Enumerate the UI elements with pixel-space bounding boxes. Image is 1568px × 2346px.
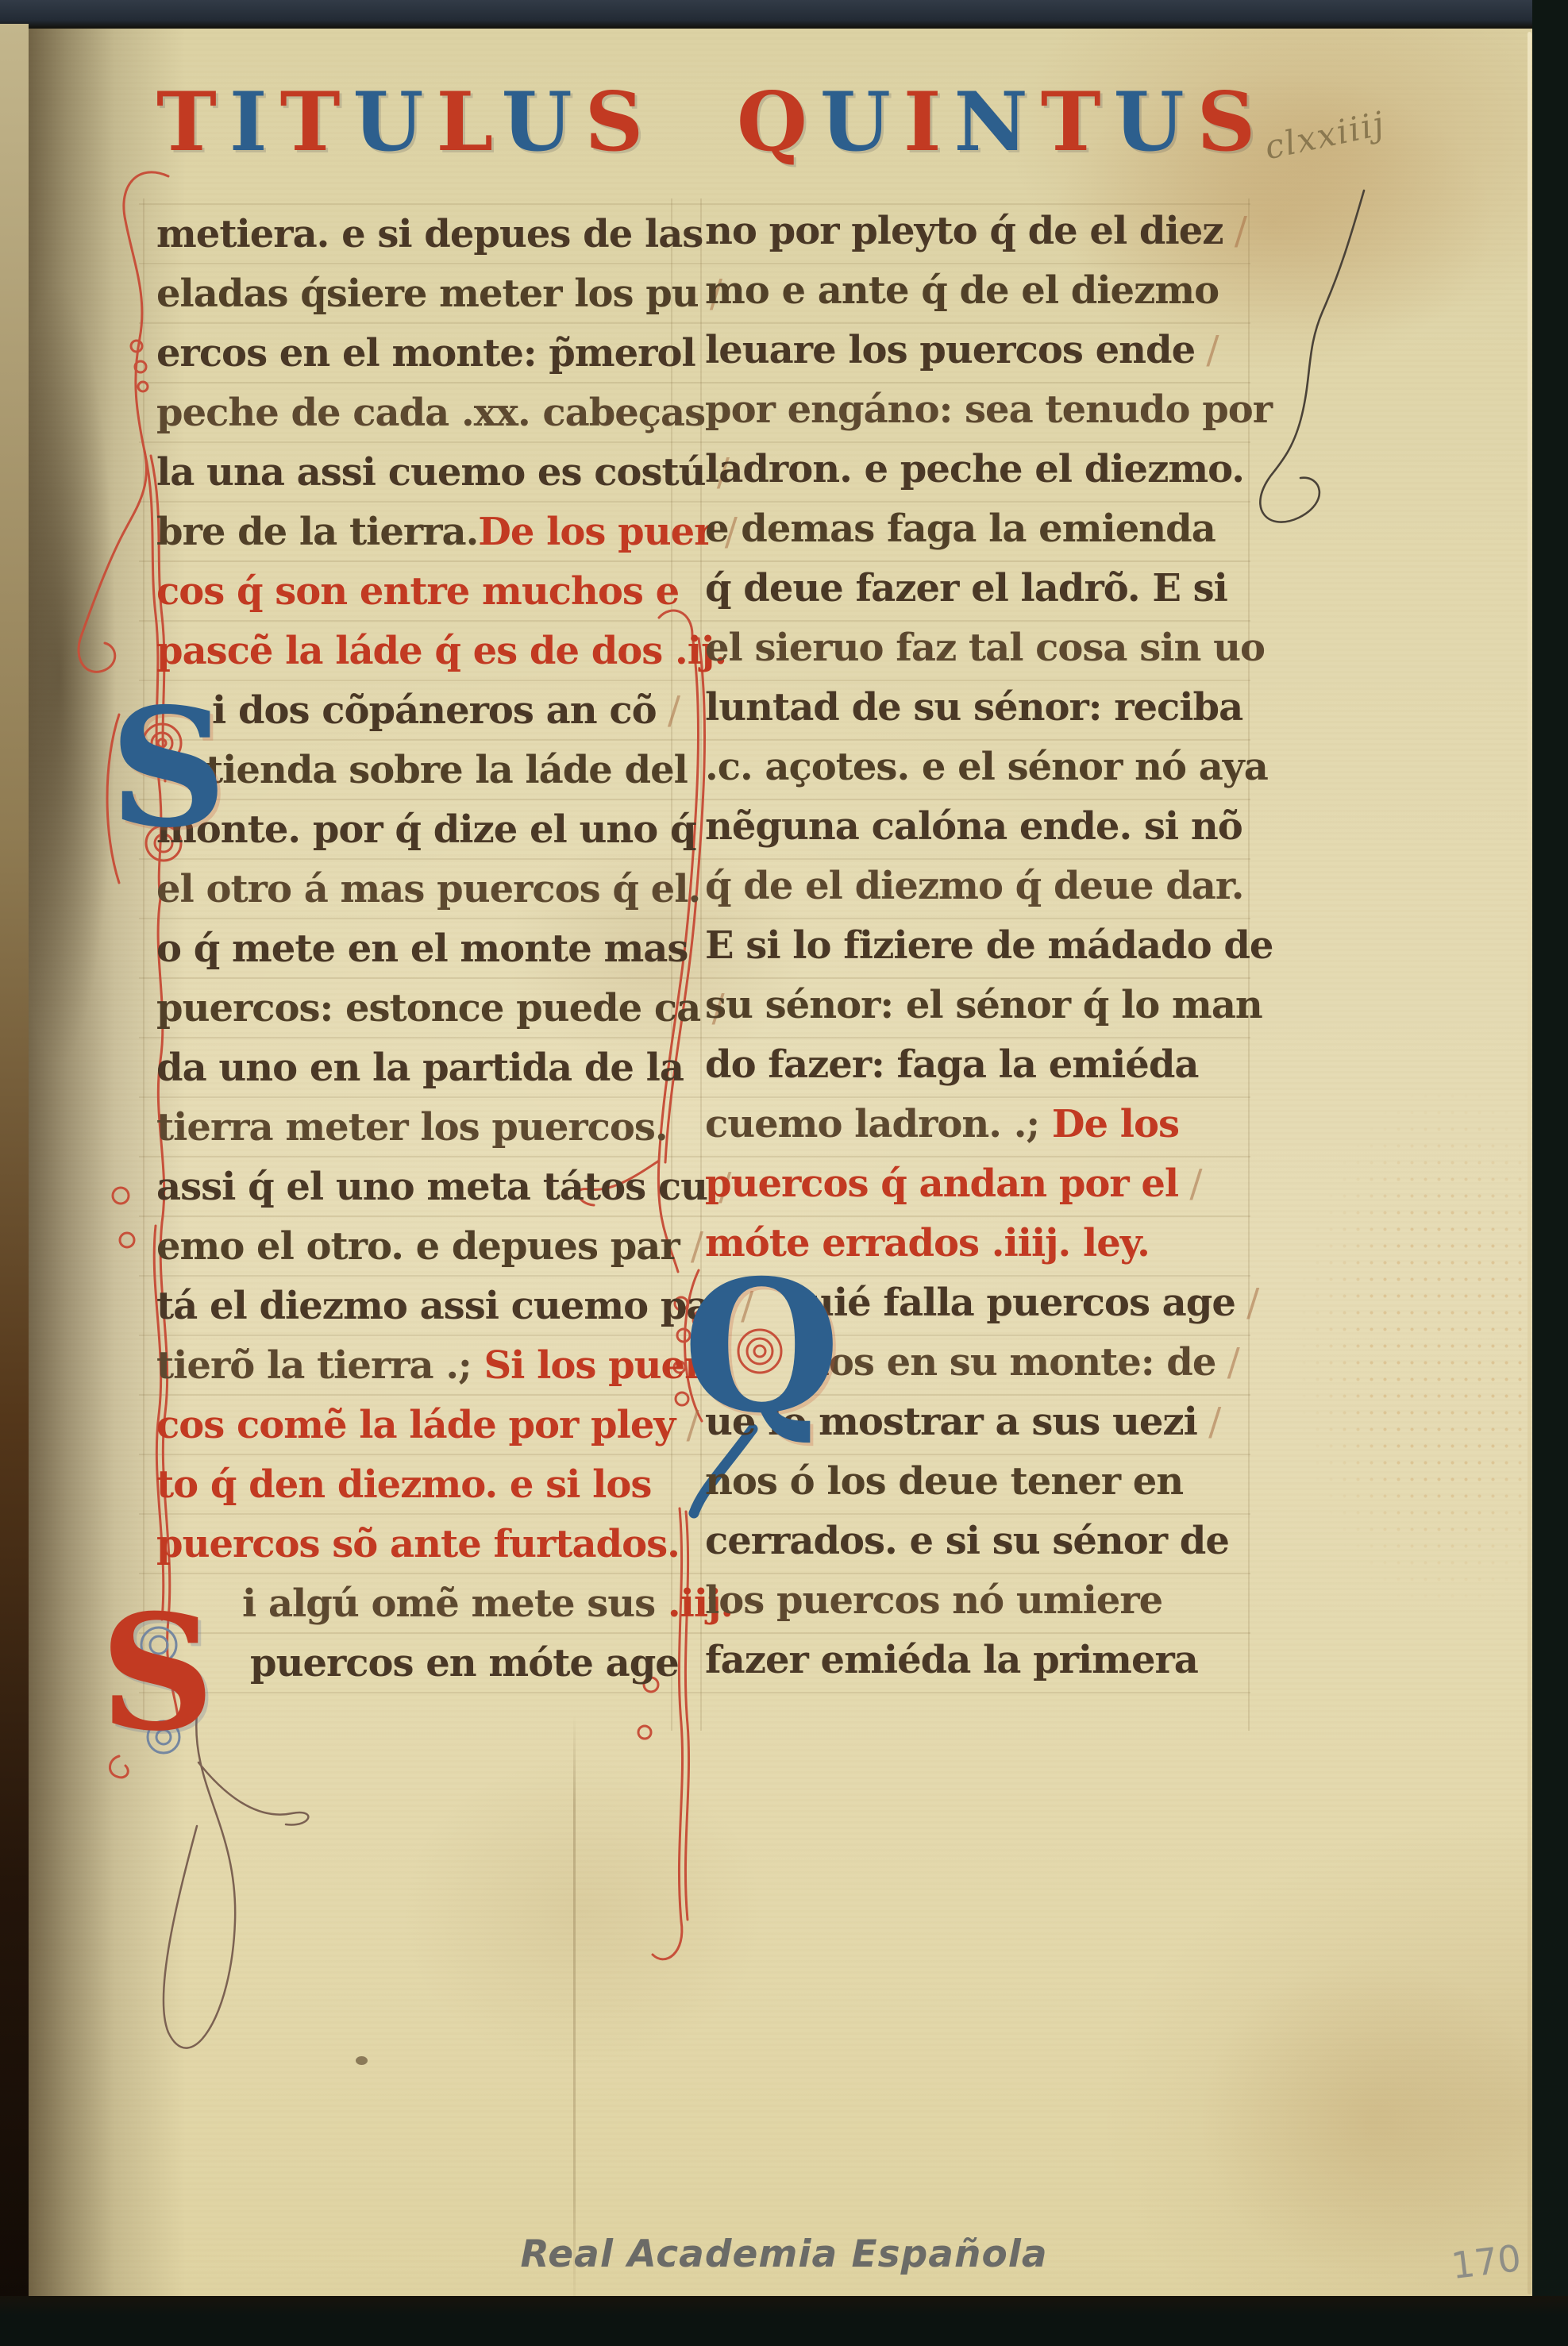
text-segment: luntad de su sénor: reciba [705, 685, 1242, 730]
text-line: to q́ den diezmo. e si los [156, 1455, 680, 1515]
text-segment: cos comẽ la láde por pley [156, 1403, 675, 1447]
text-segment: i algú omẽ mete sus [242, 1581, 668, 1626]
text-segment: cerrados. e si su sénor de [705, 1519, 1229, 1563]
text-segment: ∕ [1215, 1340, 1239, 1385]
parchment-crease [573, 1715, 576, 2318]
text-line: i algú omẽ mete sus .iij. [156, 1574, 680, 1634]
background-bottom [0, 2296, 1568, 2346]
heading-letter: T [1041, 75, 1114, 170]
text-line: tierõ la tierra .; Si los puer [156, 1336, 680, 1396]
text-segment: ∕ [1223, 209, 1246, 253]
text-segment: ∕ [1195, 328, 1218, 372]
text-line: monte. por q́ dize el uno q́ [156, 800, 680, 860]
text-line: peche de cada .xx. cabeças [156, 383, 680, 443]
text-segment: peche de cada .xx. cabeças [156, 391, 705, 435]
text-line: i dos cõpáneros an cõ ∕ [156, 681, 680, 741]
text-segment: to q́ den diezmo. e si los [156, 1462, 651, 1507]
text-line: mo e ante q́ de el diezmo [705, 261, 1253, 321]
heading-letter: S [585, 75, 657, 170]
text-segment: uié falla puercos age [807, 1281, 1235, 1325]
illuminated-initial-s-blue: S [110, 688, 227, 850]
text-segment: su sénor: el sénor q́ lo man [705, 983, 1262, 1027]
manuscript-scan: TITULUS QUINTUS clxxiiij metiera. e si d… [0, 0, 1568, 2346]
text-segment: ercos en el monte: p̃merol [156, 331, 695, 376]
heading-letter: U [502, 75, 585, 170]
text-line: leuare los puercos ende ∕ [705, 321, 1253, 380]
stain [1202, 1961, 1543, 2279]
running-title-quintus: QUINTUS [737, 75, 1268, 186]
text-segment: De los puer [478, 510, 713, 554]
text-segment: .c. açotes. e el sénor nó aya [705, 745, 1268, 789]
text-segment: emo el otro. e depues par [156, 1224, 680, 1269]
heading-letter: U [820, 75, 903, 170]
text-segment: por engáno: sea tenudo por [705, 387, 1272, 432]
text-segment: nẽguna calóna ende. si nõ [705, 804, 1242, 849]
text-segment: q́ de el diezmo q́ deue dar. [705, 864, 1243, 908]
heading-letter: L [436, 75, 501, 170]
text-line: emo el otro. e depues par ∕ [156, 1217, 680, 1277]
text-segment: puercos q́ andan por el [705, 1161, 1178, 1206]
text-line: tienda sobre la láde del [156, 741, 680, 800]
text-segment: Si los puer [483, 1343, 703, 1388]
text-segment: el otro á mas puercos q́ el. [156, 867, 700, 911]
text-line: cuemo ladron. .; De los [705, 1095, 1253, 1154]
text-segment: puercos sõ ante furtados. [156, 1522, 680, 1566]
illuminated-initial-q-blue: Q [683, 1256, 841, 1437]
illuminated-initial-s-red: S [100, 1594, 214, 1753]
text-line: bre de la tierra.De los puer ∕ [156, 503, 680, 562]
binding-top-edge [0, 0, 1568, 29]
text-line: nẽguna calóna ende. si nõ [705, 797, 1253, 857]
text-segment: i dos cõpáneros an cõ [212, 688, 657, 733]
text-line: .c. açotes. e el sénor nó aya [705, 738, 1253, 797]
text-line: assi q́ el uno meta tátos cu ∕ [156, 1158, 680, 1217]
text-segment: do fazer: faga la emiéda [705, 1042, 1199, 1087]
text-line: puercos en móte age [156, 1634, 680, 1693]
text-line: E si lo fiziere de mádado de [705, 916, 1253, 976]
background-right [1532, 0, 1568, 2346]
text-line: cos q́ son entre muchos e [156, 562, 680, 622]
text-line: metiera. e si depues de las [156, 205, 680, 264]
text-segment: o q́ mete en el monte mas [156, 926, 688, 971]
previous-page-edge [0, 24, 29, 2346]
text-line: da uno en la partida de la [156, 1038, 680, 1098]
text-segment: e demas faga la emienda [705, 507, 1215, 551]
text-line: q́ deue fazer el ladrõ. E si [705, 559, 1253, 618]
text-segment: cos q́ son entre muchos e [156, 569, 679, 614]
text-line: el otro á mas puercos q́ el. [156, 860, 680, 919]
text-line: tierra meter los puercos. [156, 1098, 680, 1158]
text-segment: da uno en la partida de la [156, 1046, 684, 1090]
text-segment: puercos en móte age [250, 1641, 679, 1685]
text-line: puercos: estonce puede ca ∕ [156, 979, 680, 1038]
text-segment: ∕ [1197, 1400, 1220, 1444]
text-line: eladas q́siere meter los pu ∕ [156, 264, 680, 324]
text-line: por engáno: sea tenudo por [705, 380, 1253, 440]
text-segment: tierõ la tierra .; [156, 1343, 483, 1388]
text-segment: nos en su monte: de [802, 1340, 1215, 1385]
text-segment: no por pleyto q́ de el diez [705, 209, 1223, 253]
text-segment: E si lo fiziere de mádado de [705, 923, 1273, 968]
text-line: los puercos nó umiere [705, 1571, 1253, 1631]
text-line: tá el diezmo assi cuemo par ∕ [156, 1277, 680, 1336]
text-line: cerrados. e si su sénor de [705, 1512, 1253, 1571]
text-segment: fazer emiéda la primera [705, 1638, 1198, 1682]
heading-letter: T [280, 75, 353, 170]
text-segment: bre de la tierra. [156, 510, 478, 554]
text-line: no por pleyto q́ de el diez ∕ [705, 202, 1253, 261]
text-segment: los puercos nó umiere [705, 1578, 1162, 1623]
text-line: la una assi cuemo es costú ∕ [156, 443, 680, 503]
library-watermark: Real Academia Española [0, 2232, 1568, 2276]
text-segment: De los [1052, 1102, 1179, 1146]
ruling-vertical [143, 198, 144, 1731]
text-column-right: no por pleyto q́ de el diez ∕mo e ante q… [705, 202, 1253, 1690]
text-segment: monte. por q́ dize el uno q́ [156, 807, 696, 852]
text-segment: cuemo ladron. .; [705, 1102, 1052, 1146]
heading-letter: S [1197, 75, 1269, 170]
heading-letter: N [954, 75, 1041, 170]
text-segment: nos ó los deue tener en [705, 1459, 1183, 1504]
text-line: fazer emiéda la primera [705, 1631, 1253, 1690]
running-title-titulus: TITULUS [156, 75, 656, 186]
ink-spot [356, 2056, 368, 2065]
text-line: e demas faga la emienda [705, 499, 1253, 559]
heading-letter: T [156, 75, 229, 170]
text-segment: mo e ante q́ de el diezmo [705, 268, 1219, 313]
text-segment: ∕ [1235, 1281, 1258, 1325]
text-segment: assi q́ el uno meta tátos cu [156, 1165, 707, 1209]
text-line: puercos q́ andan por el ∕ [705, 1154, 1253, 1214]
text-segment: puercos: estonce puede ca [156, 986, 700, 1030]
text-segment: tá el diezmo assi cuemo par [156, 1284, 730, 1328]
heading-letter: U [1114, 75, 1197, 170]
text-segment: tierra meter los puercos. [156, 1105, 668, 1150]
heading-letter: I [229, 75, 280, 170]
text-segment: eladas q́siere meter los pu [156, 272, 699, 316]
text-line: ercos en el monte: p̃merol [156, 324, 680, 383]
text-line: do fazer: faga la emiéda [705, 1035, 1253, 1095]
text-column-left: metiera. e si depues de laseladas q́sier… [156, 205, 680, 1693]
text-line: su sénor: el sénor q́ lo man [705, 976, 1253, 1035]
text-segment: ∕ [1178, 1161, 1201, 1206]
text-line: ladron. e peche el diezmo. [705, 440, 1253, 499]
text-line: puercos sõ ante furtados. [156, 1515, 680, 1574]
text-line: pascẽ la láde q́ es de dos .ij. [156, 622, 680, 681]
text-line: o q́ mete en el monte mas [156, 919, 680, 979]
text-line: nos ó los deue tener en [705, 1452, 1253, 1512]
folio-number-pencil: 170 [1449, 2236, 1524, 2287]
text-segment: ladron. e peche el diezmo. [705, 447, 1244, 491]
text-segment: pascẽ la láde q́ es de dos .ij. [156, 629, 726, 673]
heading-letter: U [353, 75, 437, 170]
text-segment: el sieruo faz tal cosa sin uo [705, 626, 1265, 670]
heading-letter: Q [737, 75, 820, 170]
parchment-speckles [1297, 1088, 1528, 1612]
page-edge [1528, 32, 1531, 2294]
heading-letter: I [903, 75, 954, 170]
text-line: luntad de su sénor: reciba [705, 678, 1253, 738]
stain [400, 1755, 765, 2072]
text-segment: metiera. e si depues de las [156, 212, 703, 256]
text-segment: la una assi cuemo es costú [156, 450, 706, 495]
text-segment: tienda sobre la láde del [206, 748, 688, 792]
text-segment: leuare los puercos ende [705, 328, 1195, 372]
text-segment: ∕ [657, 688, 680, 733]
text-line: q́ de el diezmo q́ deue dar. [705, 857, 1253, 916]
text-line: cos comẽ la láde por pley ∕ [156, 1396, 680, 1455]
text-segment: q́ deue fazer el ladrõ. E si [705, 566, 1227, 611]
text-line: el sieruo faz tal cosa sin uo [705, 618, 1253, 678]
